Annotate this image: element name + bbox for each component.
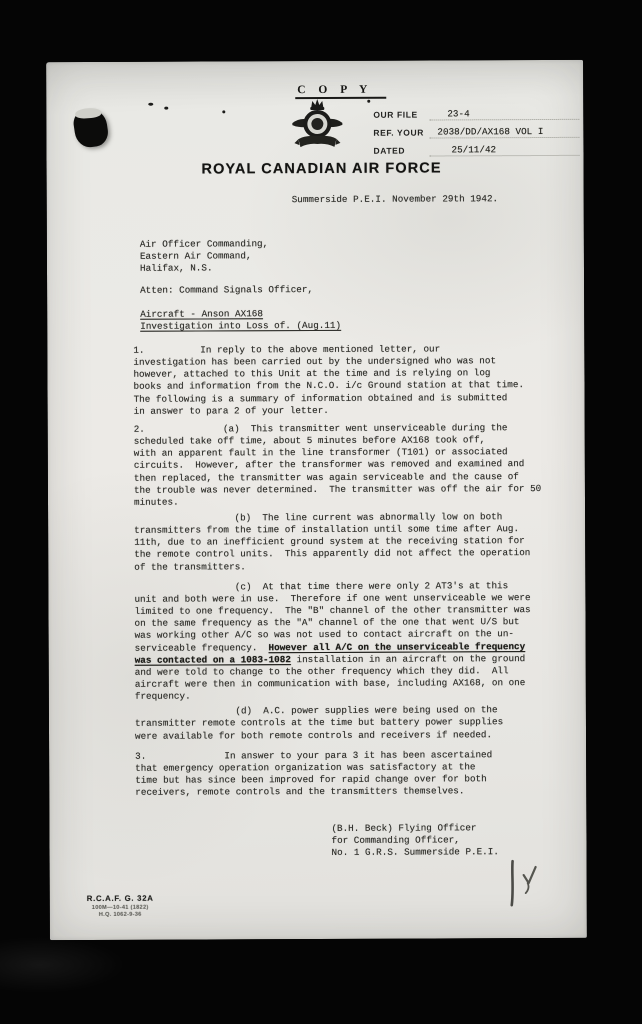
dated-value: 25/11/42 [429, 144, 579, 157]
file-reference-block: OUR FILE 23-4 REF. YOUR 2038/DD/AX168 VO… [373, 104, 579, 159]
subject-line-1: Aircraft - Anson AX168 [140, 308, 263, 320]
ref-your-label: REF. YOUR [373, 128, 429, 139]
paragraph-2a: 2. (a) This transmitter went unserviceab… [134, 422, 574, 509]
letter-body: Air Officer Commanding, Eastern Air Comm… [133, 237, 575, 799]
paragraph-1: 1. In reply to the above mentioned lette… [133, 343, 573, 418]
our-file-row: OUR FILE 23-4 [373, 104, 579, 121]
form-footer: R.C.A.F. G. 32A 100M—10-41 (1822) H.Q. 1… [87, 894, 154, 918]
form-hq-number: H.Q. 1062-9-36 [87, 912, 154, 918]
our-file-label: OUR FILE [373, 110, 429, 121]
rcaf-crest-icon [290, 97, 344, 168]
ref-your-value: 2038/DD/AX168 VOL I [429, 126, 579, 139]
form-print-run: 100M—10-41 (1822) [87, 904, 154, 910]
dateline: Summerside P.E.I. November 29th 1942. [292, 193, 498, 206]
attention-line: Atten: Command Signals Officer, [133, 283, 573, 297]
paragraph-2c: (c) At that time there were only 2 AT3's… [134, 580, 575, 703]
dated-label: DATED [373, 146, 429, 157]
scan-speck [148, 103, 153, 106]
letter-page: C O P Y OUR FILE 23-4 REF. YOUR 2038/DD/… [46, 60, 587, 940]
paragraph-3: 3. In answer to your para 3 it has been … [135, 749, 575, 800]
punch-hole-artifact [72, 108, 110, 149]
subject-block: Aircraft - Anson AX168 Investigation int… [133, 307, 573, 333]
form-number: R.C.A.F. G. 32A [87, 894, 154, 903]
subject-line-2: Investigation into Loss of. (Aug.11) [140, 320, 341, 332]
handwritten-checkmark [502, 853, 548, 920]
scan-speck [222, 110, 225, 113]
letterhead-title: ROYAL CANADIAN AIR FORCE [157, 160, 487, 177]
ref-your-row: REF. YOUR 2038/DD/AX168 VOL I [373, 122, 579, 139]
recipient-address: Air Officer Commanding, Eastern Air Comm… [133, 237, 573, 275]
paragraph-2b: (b) The line current was abnormally low … [134, 511, 574, 574]
dated-row: DATED 25/11/42 [373, 140, 579, 157]
signature-block: (B.H. Beck) Flying Officer for Commandin… [331, 822, 499, 859]
paragraph-2d: (d) A.C. power supplies were being used … [135, 704, 575, 742]
scan-speck [164, 107, 168, 110]
scan-speck [367, 100, 370, 103]
our-file-value: 23-4 [429, 108, 579, 121]
